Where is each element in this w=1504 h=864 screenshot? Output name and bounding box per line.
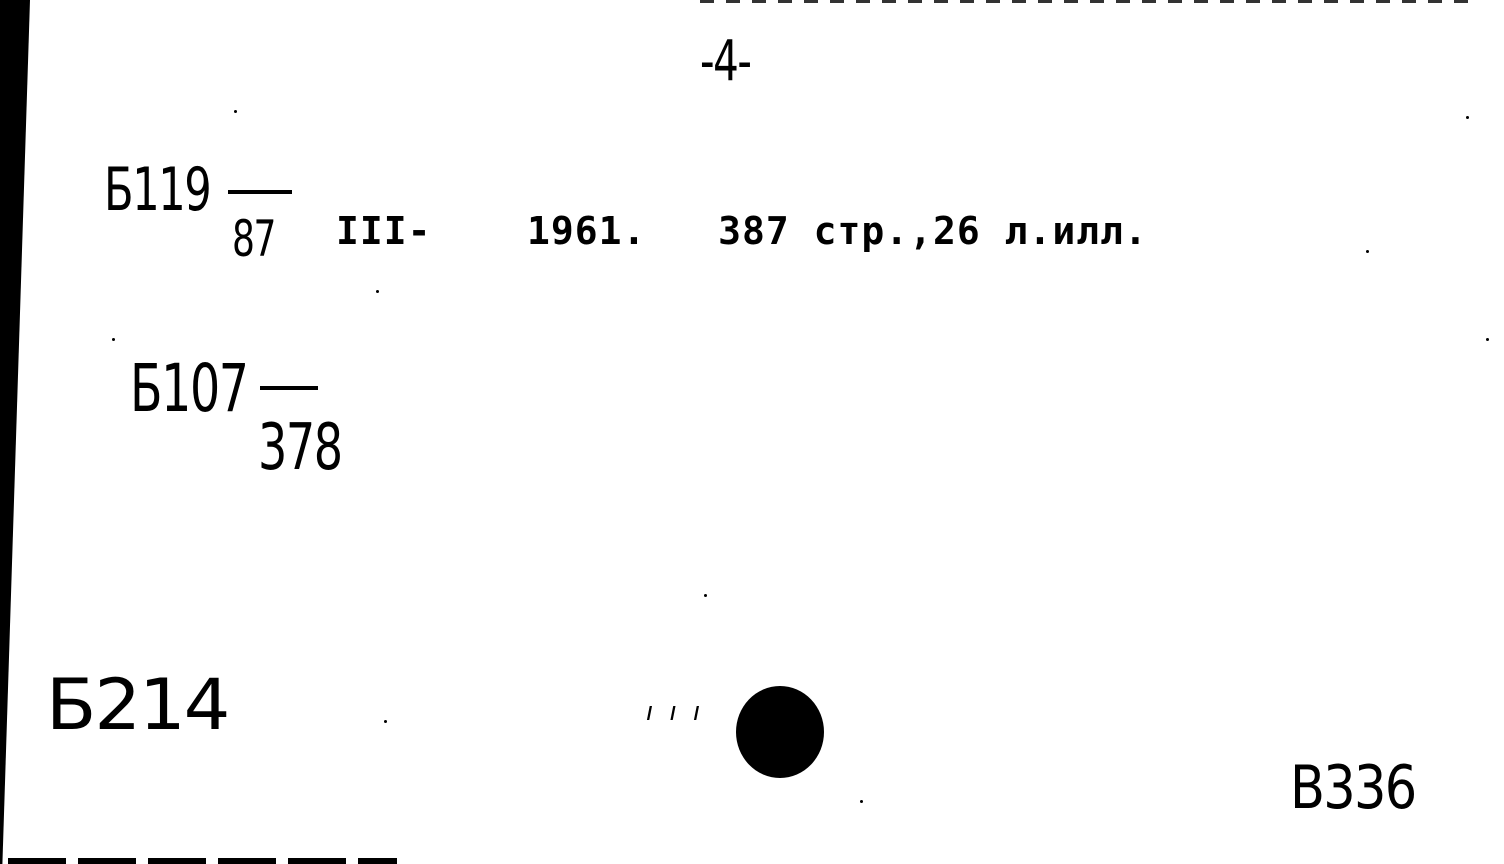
fraction-bar-1 bbox=[228, 190, 292, 194]
volume: III- bbox=[336, 209, 432, 253]
shelf-mark-1: Б119 bbox=[104, 160, 210, 220]
stray-marks: ı ı ı bbox=[646, 697, 704, 727]
inventory-number: В336 bbox=[1290, 758, 1416, 818]
speck bbox=[860, 800, 863, 803]
year: 1961. bbox=[527, 209, 646, 253]
speck bbox=[112, 338, 115, 341]
scan-border-top bbox=[700, 0, 1480, 3]
speck bbox=[1466, 116, 1469, 119]
scan-border-bottom bbox=[8, 858, 1504, 864]
shelf-sub-2: 378 bbox=[258, 416, 342, 480]
shelf-mark-2: Б107 bbox=[130, 356, 248, 422]
page-number: -4- bbox=[700, 34, 750, 90]
speck bbox=[1366, 250, 1369, 253]
bibliographic-line: III- 1961. 387 стр.,26 л.илл. bbox=[336, 212, 1148, 250]
speck bbox=[376, 290, 379, 293]
speck bbox=[1486, 338, 1489, 341]
speck bbox=[384, 720, 387, 723]
speck bbox=[234, 110, 237, 113]
catalog-card: -4- Б119 87 III- 1961. 387 стр.,26 л.илл… bbox=[0, 0, 1504, 864]
shelf-mark-3: Б214 bbox=[46, 670, 228, 740]
speck bbox=[704, 594, 707, 597]
scan-border-left bbox=[0, 0, 30, 864]
pagination: 387 стр.,26 л.илл. bbox=[718, 209, 1148, 253]
fraction-bar-2 bbox=[260, 386, 318, 390]
punch-hole-icon bbox=[736, 686, 824, 778]
shelf-sub-1: 87 bbox=[232, 214, 275, 264]
